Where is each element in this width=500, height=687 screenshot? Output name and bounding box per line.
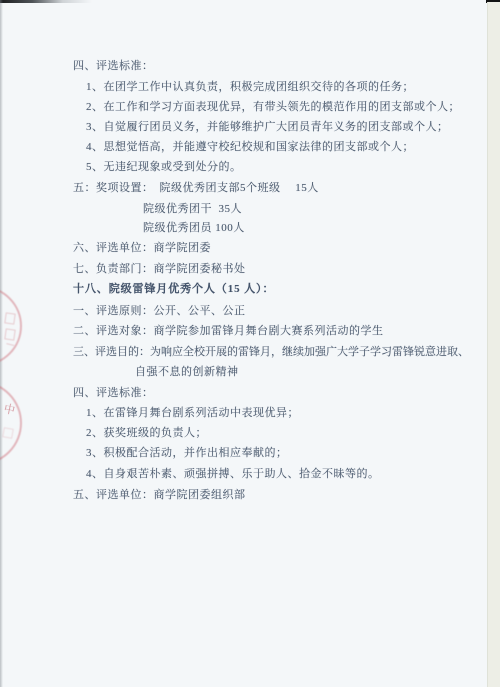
- doc-line-purpose-cont: 自强不息的创新精神: [135, 366, 239, 379]
- doc-line-awards-header: 五：奖项设置： 院级优秀团支部5个班级 15人: [73, 182, 319, 195]
- doc-line-responsible-dept: 七、负责部门：商学院团委秘书处: [73, 263, 246, 276]
- doc-line-selecting-unit: 六、评选单位：商学院团委: [73, 242, 211, 255]
- doc-line-criteria2-2: 2、获奖班级的负责人；: [86, 427, 207, 440]
- doc-line-criteria-1: 1、在团学工作中认真负责，积极完成团组织交待的各项的任务；: [86, 81, 414, 94]
- red-stamp-mark: [2, 427, 14, 439]
- doc-line-criteria-5: 5、无违纪现象或受到处分的。: [86, 161, 242, 174]
- doc-line-target: 二、评选对象：商学院参加雷锋月舞台剧大赛系列活动的学生: [73, 325, 384, 338]
- doc-line-award-2: 院级优秀团干 35人: [143, 203, 242, 216]
- red-stamp-arc-lower: [0, 381, 22, 465]
- red-stamp-arc-upper: [0, 286, 22, 366]
- doc-line-selecting-unit-2: 五、评选单位：商学院团委组织部: [73, 489, 246, 502]
- doc-line-principle: 一、评选原则：公开、公平、公正: [73, 305, 246, 318]
- paper-right-edge: [487, 2, 500, 687]
- doc-line-purpose: 三、评选目的：为响应全校开展的雷锋月，继续加强广大学子学习雷锋锐意进取、: [73, 346, 469, 359]
- red-stamp-mark: [4, 328, 15, 340]
- doc-line-criteria2-1: 1、在雷锋月舞台剧系列活动中表现优异；: [86, 407, 299, 420]
- doc-line-criteria-4: 4、思想觉悟高，并能遵守校纪校规和国家法律的团支部或个人；: [86, 141, 414, 154]
- doc-line-award-3: 院级优秀团员 100人: [143, 222, 245, 235]
- doc-line-criteria-2: 2、在工作和学习方面表现优异，有带头领先的模范作用的团支部或个人；: [86, 101, 460, 114]
- scan-artifact-top-left: [0, 0, 92, 3]
- doc-line-criteria2-4: 4、自身艰苦朴素、顽强拼搏、乐于助人、拾金不昧等的。: [86, 468, 380, 481]
- doc-line-criteria-header-2: 四、评选标准：: [73, 387, 154, 400]
- doc-line-section4-header: 四、评选标准：: [73, 60, 154, 73]
- red-stamp-mark: [4, 312, 15, 324]
- doc-line-criteria2-3: 3、积极配合活动，并作出相应奉献的；: [86, 447, 288, 460]
- scanned-document-page: 中 四、评选标准： 1、在团学工作中认真负责，积极完成团组织交待的各项的任务； …: [0, 0, 500, 687]
- doc-line-section18-title: 十八、院级雷锋月优秀个人（15 人）：: [73, 283, 274, 296]
- doc-line-criteria-3: 3、自觉履行团员义务，并能够维护广大团员青年义务的团支部或个人；: [86, 121, 449, 134]
